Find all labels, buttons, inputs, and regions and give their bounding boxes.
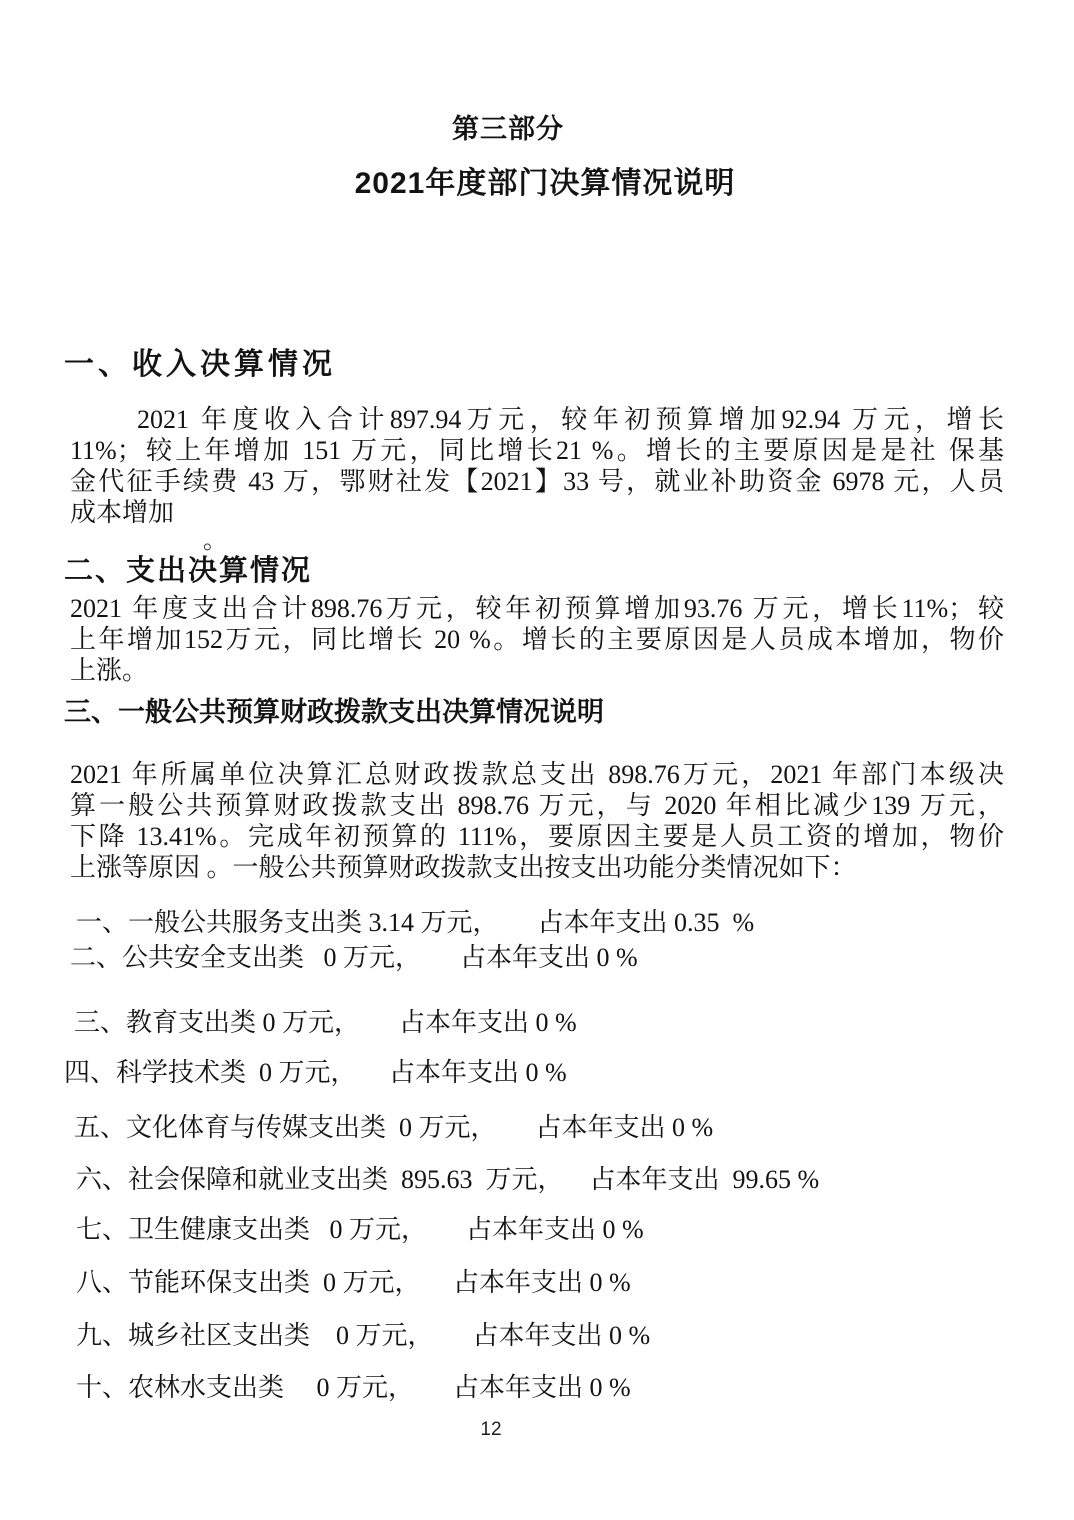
section-heading-fiscal-appropriation: 三、一般公共预算财政拨款支出决算情况说明 (64, 696, 1004, 728)
text-line: 2021 年度收入合计897.94万元，较年初预算增加92.94 万元，增长 (70, 404, 1004, 435)
expense-item: 十、农林水支出类 0 万元， 占本年支出 0 % (64, 1372, 1004, 1403)
expense-item: 六、社会保障和就业支出类 895.63 万元， 占本年支出 99.65 % (64, 1164, 1004, 1195)
expenditure-paragraph: 2021 年度支出合计898.76万元，较年初预算增加93.76 万元，增长11… (70, 593, 1004, 686)
text-line: 上年增加152万元，同比增长 20 %。增长的主要原因是人员成本增加，物价 (70, 624, 1004, 655)
expense-item: 一、一般公共服务支出类 3.14 万元， 占本年支出 0.35 % (64, 907, 1004, 938)
text-line: 上涨。 (70, 655, 1004, 686)
part-heading: 第三部分 (38, 112, 978, 146)
text-line: 下降 13.41%。完成年初预算的 111%，要原因主要是人员工资的增加，物价 (70, 821, 1004, 852)
section-heading-income: 一、收入决算情况 (64, 348, 1004, 382)
expense-item: 七、卫生健康支出类 0 万元， 占本年支出 0 % (64, 1214, 1004, 1245)
income-paragraph: 2021 年度收入合计897.94万元，较年初预算增加92.94 万元，增长 1… (70, 404, 1004, 554)
text-line: 成本增加 (70, 497, 1004, 528)
text-line: 金代征手续费 43 万，鄂财社发【2021】33 号，就业补助资金 6978 元… (70, 466, 1004, 497)
stray-period-line: 。 (70, 528, 1004, 554)
page-number: 12 (21, 1419, 961, 1441)
expense-item: 四、科学技术类 0 万元， 占本年支出 0 % (64, 1057, 1004, 1088)
expense-item: 五、文化体育与传媒支出类 0 万元， 占本年支出 0 % (64, 1112, 1004, 1143)
document-title: 2021年度部门决算情况说明 (75, 166, 1015, 202)
expense-item: 二、公共安全支出类 0 万元， 占本年支出 0 % (64, 942, 1004, 973)
expense-classification-list: 一、一般公共服务支出类 3.14 万元， 占本年支出 0.35 % 二、公共安全… (64, 907, 1004, 1403)
document-page: 第三部分 2021年度部门决算情况说明 一、收入决算情况 2021 年度收入合计… (0, 0, 1074, 1520)
expense-item: 八、节能环保支出类 0 万元， 占本年支出 0 % (64, 1267, 1004, 1298)
section-heading-expenditure: 二、支出决算情况 (64, 555, 1004, 587)
text-line: 11%；较上年增加 151 万元，同比增长21 %。增长的主要原因是是社 保基 (70, 435, 1004, 466)
text-line: 2021 年所属单位决算汇总财政拨款总支出 898.76万元，2021 年部门本… (70, 759, 1004, 790)
fiscal-appropriation-paragraph: 2021 年所属单位决算汇总财政拨款总支出 898.76万元，2021 年部门本… (70, 759, 1004, 883)
text-line: 上涨等原因 。一般公共预算财政拨款支出按支出功能分类情况如下： (70, 852, 1004, 883)
text-line: 算一般公共预算财政拨款支出 898.76 万元，与 2020 年相比减少139 … (70, 790, 1004, 821)
expense-item: 三、教育支出类 0 万元， 占本年支出 0 % (64, 1007, 1004, 1038)
text-line: 2021 年度支出合计898.76万元，较年初预算增加93.76 万元，增长11… (70, 593, 1004, 624)
expense-item: 九、城乡社区支出类 0 万元， 占本年支出 0 % (64, 1320, 1004, 1351)
